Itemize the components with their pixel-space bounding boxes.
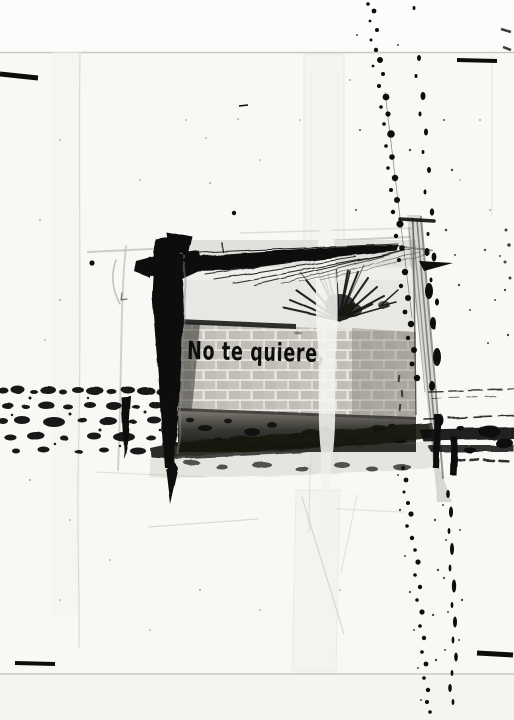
artwork-canvas: No te quiere, <box>0 0 514 720</box>
tape-strip-left <box>53 52 81 617</box>
artwork-svg: No te quiere, <box>0 0 514 720</box>
registration-dash-bottom-left <box>15 663 55 664</box>
graffiti-text: No te quiere, <box>187 336 326 368</box>
tape-strip-bottom <box>292 490 340 672</box>
registration-dash-top-right <box>457 60 497 61</box>
registration-dash-bottom-right <box>477 653 513 655</box>
